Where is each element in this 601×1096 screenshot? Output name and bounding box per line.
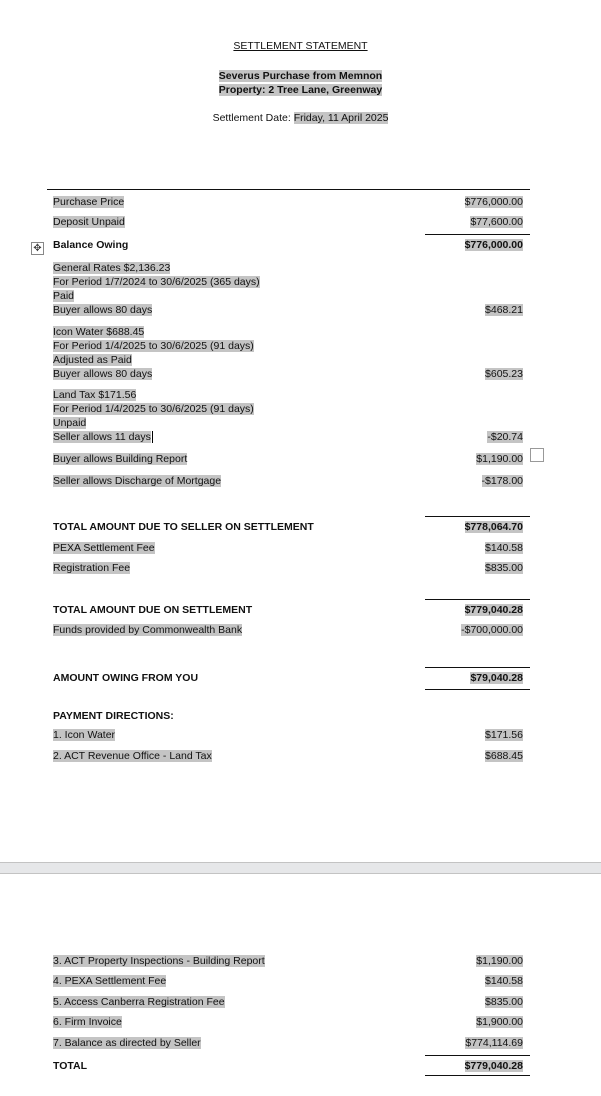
settlement-date-value: Friday, 11 April 2025: [294, 112, 389, 124]
registration-fee-amount: $835.00: [485, 561, 523, 575]
general-rates-block: General Rates $2,136.23 For Period 1/7/2…: [53, 261, 260, 317]
payment-item-amount: $835.00: [485, 995, 523, 1009]
table-move-handle-icon[interactable]: ✥: [31, 242, 44, 255]
bank-funds-label: Funds provided by Commonwealth Bank: [53, 623, 242, 637]
purchase-price-amount: $776,000.00: [465, 195, 523, 209]
balance-owing-label: Balance Owing: [53, 238, 128, 252]
payment-item-amount: $1,190.00: [476, 954, 523, 968]
general-rates-amount: $468.21: [485, 303, 523, 317]
amount-owing-rule-bottom: [425, 689, 530, 690]
bank-funds-amount: -$700,000.00: [461, 623, 523, 637]
pexa-fee-label: PEXA Settlement Fee: [53, 541, 155, 555]
building-report-label: Buyer allows Building Report: [53, 452, 187, 466]
land-tax-block[interactable]: Land Tax $171.56 For Period 1/4/2025 to …: [53, 388, 254, 444]
table-top-rule: [47, 189, 530, 190]
total-due-seller-amount: $778,064.70: [465, 520, 523, 534]
registration-fee-label: Registration Fee: [53, 561, 130, 575]
payment-total-amount: $779,040.28: [465, 1059, 523, 1073]
document-title: SETTLEMENT STATEMENT: [0, 40, 601, 52]
settlement-date: Settlement Date: Friday, 11 April 2025: [0, 112, 601, 124]
parties-line: Severus Purchase from Memnon: [0, 70, 601, 82]
amount-owing-label: AMOUNT OWING FROM YOU: [53, 671, 198, 685]
land-tax-amount: -$20.74: [487, 430, 523, 444]
balance-rule: [425, 234, 530, 235]
payment-item-amount: $171.56: [485, 728, 523, 742]
total-seller-rule: [425, 516, 530, 517]
payment-item: 5. Access Canberra Registration Fee: [53, 995, 225, 1009]
discharge-mortgage-amount: -$178.00: [482, 474, 523, 488]
balance-owing-amount: $776,000.00: [465, 238, 523, 252]
page-break: [0, 862, 601, 874]
amount-owing-amount: $79,040.28: [470, 671, 523, 685]
payment-total-label: TOTAL: [53, 1059, 87, 1073]
payment-item-amount: $688.45: [485, 749, 523, 763]
icon-water-amount: $605.23: [485, 367, 523, 381]
deposit-unpaid-amount: $77,600.00: [470, 215, 523, 229]
checkbox[interactable]: [530, 448, 544, 462]
text-cursor: [152, 431, 153, 443]
property-line: Property: 2 Tree Lane, Greenway: [0, 84, 601, 96]
pexa-fee-amount: $140.58: [485, 541, 523, 555]
total-rule-bottom: [425, 1075, 530, 1076]
building-report-amount: $1,190.00: [476, 452, 523, 466]
total-settlement-rule: [425, 599, 530, 600]
payment-item: 6. Firm Invoice: [53, 1015, 122, 1029]
discharge-mortgage-label: Seller allows Discharge of Mortgage: [53, 474, 221, 488]
payment-item: 3. ACT Property Inspections - Building R…: [53, 954, 265, 968]
total-due-seller-label: TOTAL AMOUNT DUE TO SELLER ON SETTLEMENT: [53, 520, 314, 534]
payment-directions-heading: PAYMENT DIRECTIONS:: [53, 709, 174, 723]
payment-item: 7. Balance as directed by Seller: [53, 1036, 201, 1050]
payment-item: 4. PEXA Settlement Fee: [53, 974, 166, 988]
payment-item: 1. Icon Water: [53, 728, 115, 742]
total-rule-top: [425, 1055, 530, 1056]
payment-item-amount: $1,900.00: [476, 1015, 523, 1029]
payment-item-amount: $140.58: [485, 974, 523, 988]
icon-water-block: Icon Water $688.45 For Period 1/4/2025 t…: [53, 325, 254, 381]
payment-item-amount: $774,114.69: [465, 1036, 523, 1050]
payment-item: 2. ACT Revenue Office - Land Tax: [53, 749, 212, 763]
purchase-price-label: Purchase Price: [53, 195, 124, 209]
deposit-unpaid-label: Deposit Unpaid: [53, 215, 125, 229]
amount-owing-rule-top: [425, 667, 530, 668]
total-due-settlement-amount: $779,040.28: [465, 603, 523, 617]
total-due-settlement-label: TOTAL AMOUNT DUE ON SETTLEMENT: [53, 603, 252, 617]
